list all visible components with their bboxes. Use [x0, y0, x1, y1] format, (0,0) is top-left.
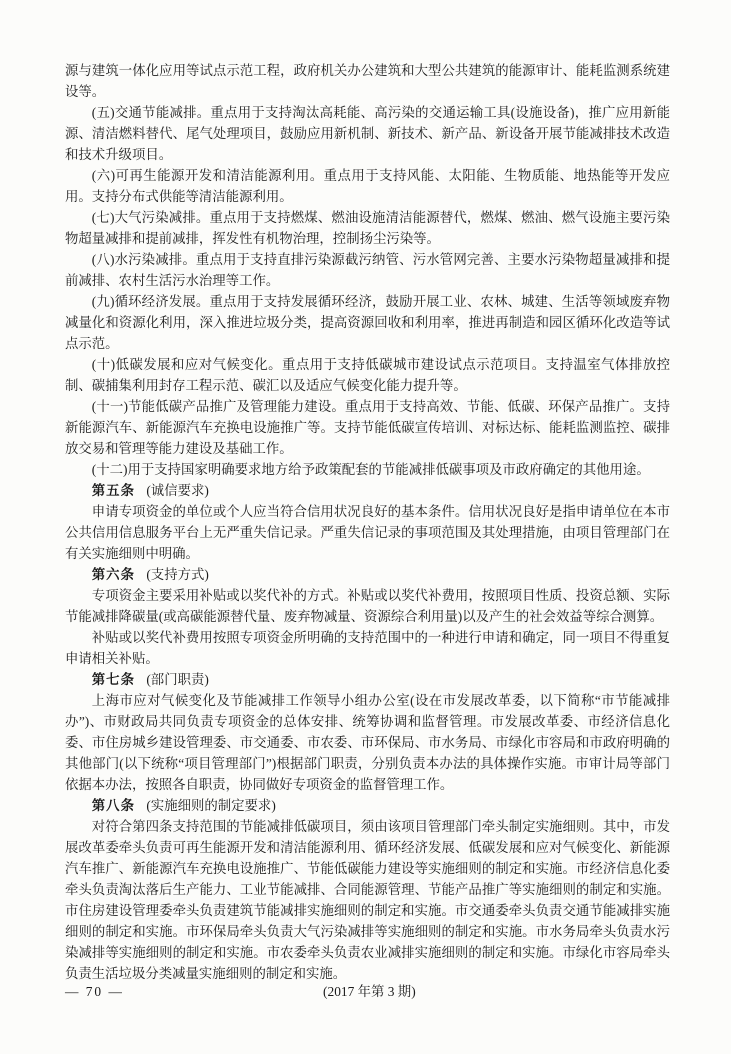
article-number: 第五条	[92, 483, 135, 498]
page-number: — 70 —	[65, 981, 124, 1002]
paragraph: 申请专项资金的单位或个人应当符合信用状况良好的基本条件。信用状况良好是指申请单位…	[65, 501, 670, 564]
article-heading: 第六条(支持方式)	[65, 564, 670, 585]
paragraph: 补贴或以奖代补费用按照专项资金所明确的支持范围中的一种进行申请和确定，同一项目不…	[65, 627, 670, 669]
issue-label: (2017 年第 3 期)	[323, 981, 416, 1002]
article-title: (实施细则的制定要求)	[146, 798, 275, 813]
article-title: (诚信要求)	[146, 483, 208, 498]
document-page: 源与建筑一体化应用等试点示范工程，政府机关办公建筑和大型公共建筑的能源审计、能耗…	[0, 0, 731, 1054]
paragraph: (八)水污染减排。重点用于支持直排污染源截污纳管、污水管网完善、主要水污染物超量…	[65, 249, 670, 291]
paragraph: (十一)节能低碳产品推广及管理能力建设。重点用于支持高效、节能、低碳、环保产品推…	[65, 396, 670, 459]
paragraph: 专项资金主要采用补贴或以奖代补的方式。补贴或以奖代补费用，按照项目性质、投资总额…	[65, 585, 670, 627]
paragraph: 源与建筑一体化应用等试点示范工程，政府机关办公建筑和大型公共建筑的能源审计、能耗…	[65, 60, 670, 102]
article-heading: 第七条(部门职责)	[65, 669, 670, 690]
article-number: 第六条	[92, 567, 135, 582]
document-body: 源与建筑一体化应用等试点示范工程，政府机关办公建筑和大型公共建筑的能源审计、能耗…	[65, 60, 670, 984]
paragraph: (七)大气污染减排。重点用于支持燃煤、燃油设施清洁能源替代，燃煤、燃油、燃气设施…	[65, 207, 670, 249]
paragraph: (五)交通节能减排。重点用于支持淘汰高耗能、高污染的交通运输工具(设施设备)，推…	[65, 102, 670, 165]
paragraph: 对符合第四条支持范围的节能减排低碳项目，须由该项目管理部门牵头制定实施细则。其中…	[65, 816, 670, 984]
paragraph: (六)可再生能源开发和清洁能源利用。重点用于支持风能、太阳能、生物质能、地热能等…	[65, 165, 670, 207]
article-number: 第八条	[92, 798, 135, 813]
paragraph: (九)循环经济发展。重点用于支持发展循环经济，鼓励开展工业、农林、城建、生活等领…	[65, 291, 670, 354]
article-title: (支持方式)	[146, 567, 208, 582]
article-heading: 第五条(诚信要求)	[65, 480, 670, 501]
paragraph: (十二)用于支持国家明确要求地方给予政策配套的节能减排低碳事项及市政府确定的其他…	[65, 459, 670, 480]
paragraph: 上海市应对气候变化及节能减排工作领导小组办公室(设在市发展改革委，以下简称“市节…	[65, 690, 670, 795]
paragraph: (十)低碳发展和应对气候变化。重点用于支持低碳城市建设试点示范项目。支持温室气体…	[65, 354, 670, 396]
article-title: (部门职责)	[146, 672, 208, 687]
article-number: 第七条	[92, 672, 135, 687]
article-heading: 第八条(实施细则的制定要求)	[65, 795, 670, 816]
